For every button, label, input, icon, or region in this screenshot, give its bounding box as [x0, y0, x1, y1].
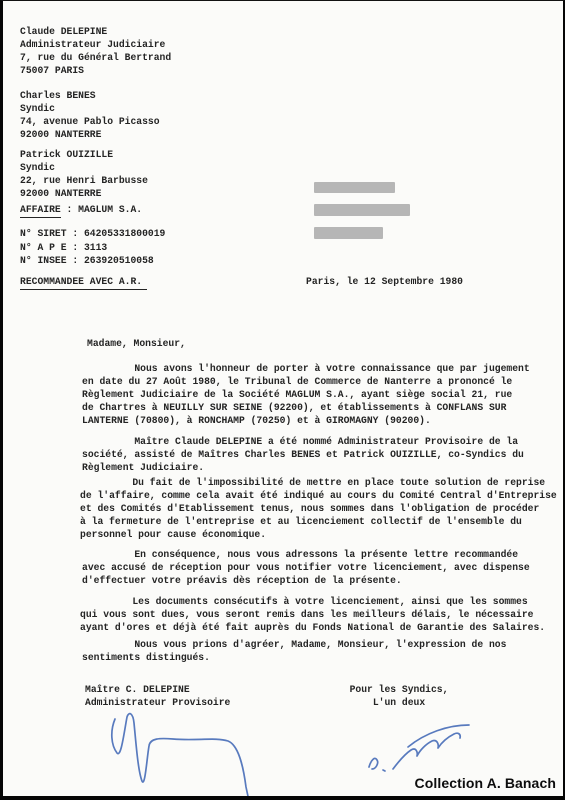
recommandee-line: RECOMMANDEE AVEC A.R. [20, 275, 147, 290]
addressee-block-1: Claude DELEPINE Administrateur Judiciair… [20, 25, 171, 77]
reference-numbers: N° SIRET : 64205331800019 N° A P E : 311… [20, 227, 165, 268]
body-paragraph-6: Nous vous prions d'agréer, Madame, Monsi… [82, 638, 506, 664]
recommandee-label: RECOMMANDEE AVEC A.R. [20, 275, 147, 290]
affaire-line: AFFAIRE : MAGLUM S.A. [20, 203, 142, 218]
signoff-right: Pour les Syndics, L'un deux [347, 683, 451, 709]
collection-credit: Collection A. Banach [414, 775, 556, 791]
letter-page: Claude DELEPINE Administrateur Judiciair… [0, 0, 565, 800]
body-paragraph-4: En conséquence, nous vous adressons la p… [82, 548, 530, 587]
affaire-value: : MAGLUM S.A. [61, 204, 142, 215]
affaire-label: AFFAIRE [20, 203, 61, 218]
redaction-bar-2 [314, 204, 410, 216]
addressee-block-2: Charles BENES Syndic 74, avenue Pablo Pi… [20, 89, 160, 141]
salutation: Madame, Monsieur, [87, 337, 186, 350]
addressee-block-3: Patrick OUIZILLE Syndic 22, rue Henri Ba… [20, 148, 148, 200]
body-paragraph-3: Du fait de l'impossibilité de mettre en … [80, 476, 557, 541]
redaction-bar-1 [314, 182, 395, 193]
body-paragraph-1: Nous avons l'honneur de porter à votre c… [82, 362, 530, 427]
dateline: Paris, le 12 Septembre 1980 [306, 275, 463, 288]
redaction-bar-3 [314, 227, 383, 239]
signature-left [98, 709, 263, 800]
signoff-left: Maître C. DELEPINE Administrateur Provis… [85, 683, 230, 709]
body-paragraph-2: Maître Claude DELEPINE a été nommé Admin… [82, 435, 524, 474]
body-paragraph-5: Les documents consécutifs à votre licenc… [80, 595, 545, 634]
